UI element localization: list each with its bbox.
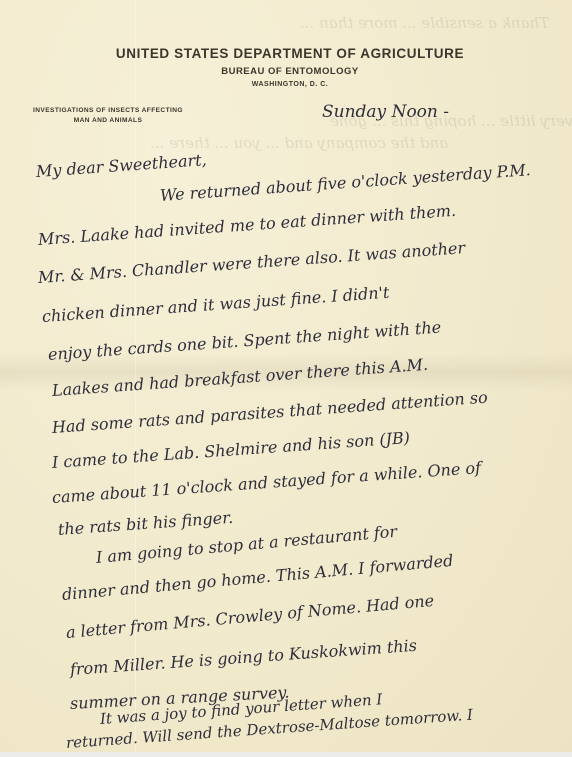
bureau-name: BUREAU OF ENTOMOLOGY xyxy=(0,66,572,77)
letter-line: Mr. & Mrs. Chandler were there also. It … xyxy=(37,238,465,287)
division-line-2: MAN AND ANIMALS xyxy=(28,116,188,126)
letterhead: UNITED STATES DEPARTMENT OF AGRICULTURE … xyxy=(0,46,572,88)
division-line-1: INVESTIGATIONS OF INSECTS AFFECTING xyxy=(28,106,188,116)
letter-page: Thank a sensible ... more than ... very … xyxy=(0,0,572,752)
letter-line: Mrs. Laake had invited me to eat dinner … xyxy=(37,201,456,249)
show-through-text: Thank a sensible ... more than ... xyxy=(300,14,549,32)
letter-line: Laakes and had breakfast over there this… xyxy=(51,355,428,400)
letter-line: the rats bit his finger. xyxy=(57,508,233,539)
letter-line: We returned about five o'clock yesterday… xyxy=(159,160,531,205)
letter-line: from Miller. He is going to Kuskokwim th… xyxy=(69,636,417,679)
letter-line: chicken dinner and it was just fine. I d… xyxy=(41,283,390,326)
letter-date: Sunday Noon - xyxy=(322,102,449,122)
salutation: My dear Sweetheart, xyxy=(35,150,207,181)
letter-line: I came to the Lab. Shelmire and his son … xyxy=(51,428,410,472)
scan-background xyxy=(0,752,572,757)
show-through-text: and the company and ... you ... there ..… xyxy=(150,134,448,152)
department-name: UNITED STATES DEPARTMENT OF AGRICULTURE xyxy=(0,46,572,61)
city-name: WASHINGTON, D. C. xyxy=(0,81,572,88)
division-heading: INVESTIGATIONS OF INSECTS AFFECTING MAN … xyxy=(28,106,188,125)
